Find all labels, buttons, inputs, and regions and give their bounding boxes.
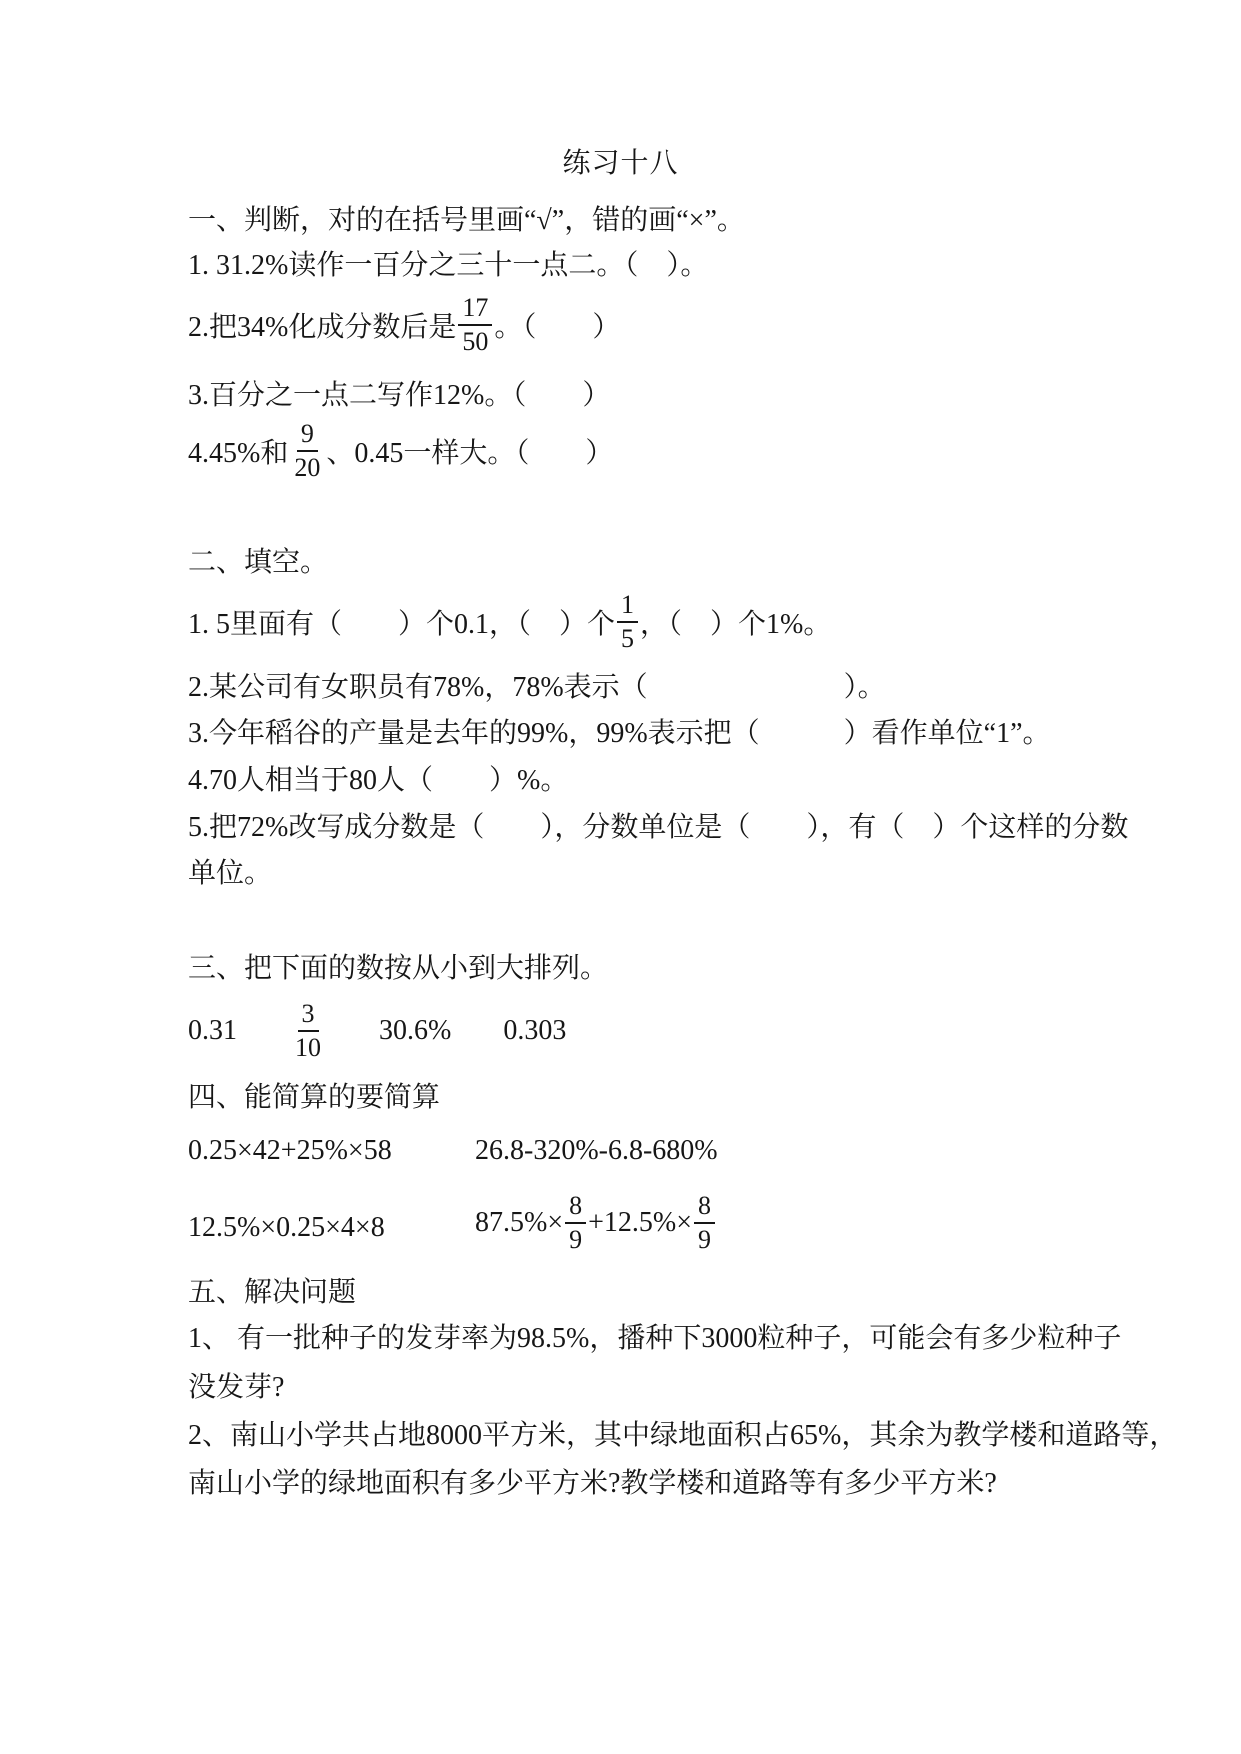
section-5-heading: 五、解决问题 [188, 1277, 356, 1309]
s1-problem-2-text: 2.把34%化成分数后是 [188, 305, 456, 345]
s4-expression-3: 12.5%×0.25×4×8 [188, 1212, 385, 1244]
s1-problem-2: 2.把34%化成分数后是 17 50 。（ ） [188, 295, 620, 355]
section-3-heading: 三、把下面的数按从小到大排列。 [188, 953, 608, 985]
fraction-numerator: 17 [458, 295, 492, 326]
s5-problem-1-line-2: 没发芽? [188, 1372, 284, 1404]
fraction-3-10: 3 10 [291, 1001, 325, 1061]
fraction-17-50: 17 50 [458, 295, 492, 355]
s4-expression-4-part-2: +12.5%× [588, 1207, 692, 1239]
fraction-denominator: 9 [694, 1224, 715, 1253]
fraction-8-9: 8 9 [694, 1193, 715, 1253]
s2-problem-5-line-2: 单位。 [188, 858, 272, 890]
s1-problem-3: 3.百分之一点二写作12%。（ ） [188, 380, 610, 412]
section-1-heading: 一、判断，对的在括号里画“√”，错的画“×”。 [188, 205, 745, 237]
s5-problem-1-line-1: 1、 有一批种子的发芽率为98.5%，播种下3000粒种子，可能会有多少粒种子 [188, 1323, 1121, 1355]
s5-problem-2-line-2: 南山小学的绿地面积有多少平方米?教学楼和道路等有多少平方米? [188, 1468, 997, 1500]
s3-value-3: 30.6% [379, 1015, 451, 1047]
s1-problem-4-answer-blank: 、0.45一样大。（ ） [326, 431, 613, 471]
s2-problem-5-line-1: 5.把72%改写成分数是（ ），分数单位是（ ），有（ ）个这样的分数 [188, 812, 1128, 844]
s2-problem-3: 3.今年稻谷的产量是去年的99%，99%表示把（ ）看作单位“1”。 [188, 718, 1051, 750]
fraction-denominator: 9 [565, 1224, 586, 1253]
fraction-denominator: 20 [290, 452, 324, 481]
s2-problem-4: 4.70人相当于80人（ ）%。 [188, 765, 568, 797]
s3-value-1: 0.31 [188, 1015, 237, 1047]
s2-problem-1: 1. 5里面有（ ）个0.1，（ ）个 1 5 ，（ ）个1%。 [188, 592, 831, 652]
section-4-heading: 四、能简算的要简算 [188, 1082, 440, 1114]
fraction-numerator: 3 [298, 1001, 319, 1032]
s3-value-4: 0.303 [503, 1015, 566, 1047]
fraction-numerator: 1 [617, 592, 638, 623]
s1-problem-1: 1. 31.2%读作一百分之三十一点二。（ ）。 [188, 250, 708, 282]
fraction-numerator: 9 [297, 421, 318, 452]
fraction-numerator: 8 [694, 1193, 715, 1224]
fraction-8-9: 8 9 [565, 1193, 586, 1253]
s5-problem-2-line-1: 2、南山小学共占地8000平方米，其中绿地面积占65%，其余为教学楼和道路等， [188, 1420, 1177, 1452]
s1-problem-2-answer-blank: 。（ ） [494, 305, 620, 345]
fraction-9-20: 9 20 [290, 421, 324, 481]
s4-expression-2: 26.8-320%-6.8-680% [475, 1135, 718, 1167]
s2-problem-1-text-end: ，（ ）个1%。 [640, 602, 831, 642]
s1-problem-4: 4.45%和 9 20 、0.45一样大。（ ） [188, 421, 613, 481]
worksheet-page: 练习十八 一、判断，对的在括号里画“√”，错的画“×”。 1. 31.2%读作一… [0, 0, 1241, 1754]
s1-problem-4-text: 4.45%和 [188, 431, 288, 471]
section-2-heading: 二、填空。 [188, 547, 328, 579]
s4-expression-4-part-1: 87.5%× [475, 1207, 563, 1239]
page-title: 练习十八 [0, 148, 1241, 180]
s3-number-row: 0.31 3 10 30.6% 0.303 [188, 1001, 566, 1061]
s2-problem-2: 2.某公司有女职员有78%，78%表示（ ）。 [188, 672, 886, 704]
fraction-denominator: 10 [291, 1032, 325, 1061]
fraction-1-5: 1 5 [617, 592, 638, 652]
s4-expression-4: 87.5%× 8 9 +12.5%× 8 9 [475, 1193, 717, 1253]
fraction-denominator: 50 [458, 326, 492, 355]
fraction-denominator: 5 [617, 623, 638, 652]
s4-expression-1: 0.25×42+25%×58 [188, 1135, 392, 1167]
s2-problem-1-text: 1. 5里面有（ ）个0.1，（ ）个 [188, 602, 615, 642]
fraction-numerator: 8 [565, 1193, 586, 1224]
